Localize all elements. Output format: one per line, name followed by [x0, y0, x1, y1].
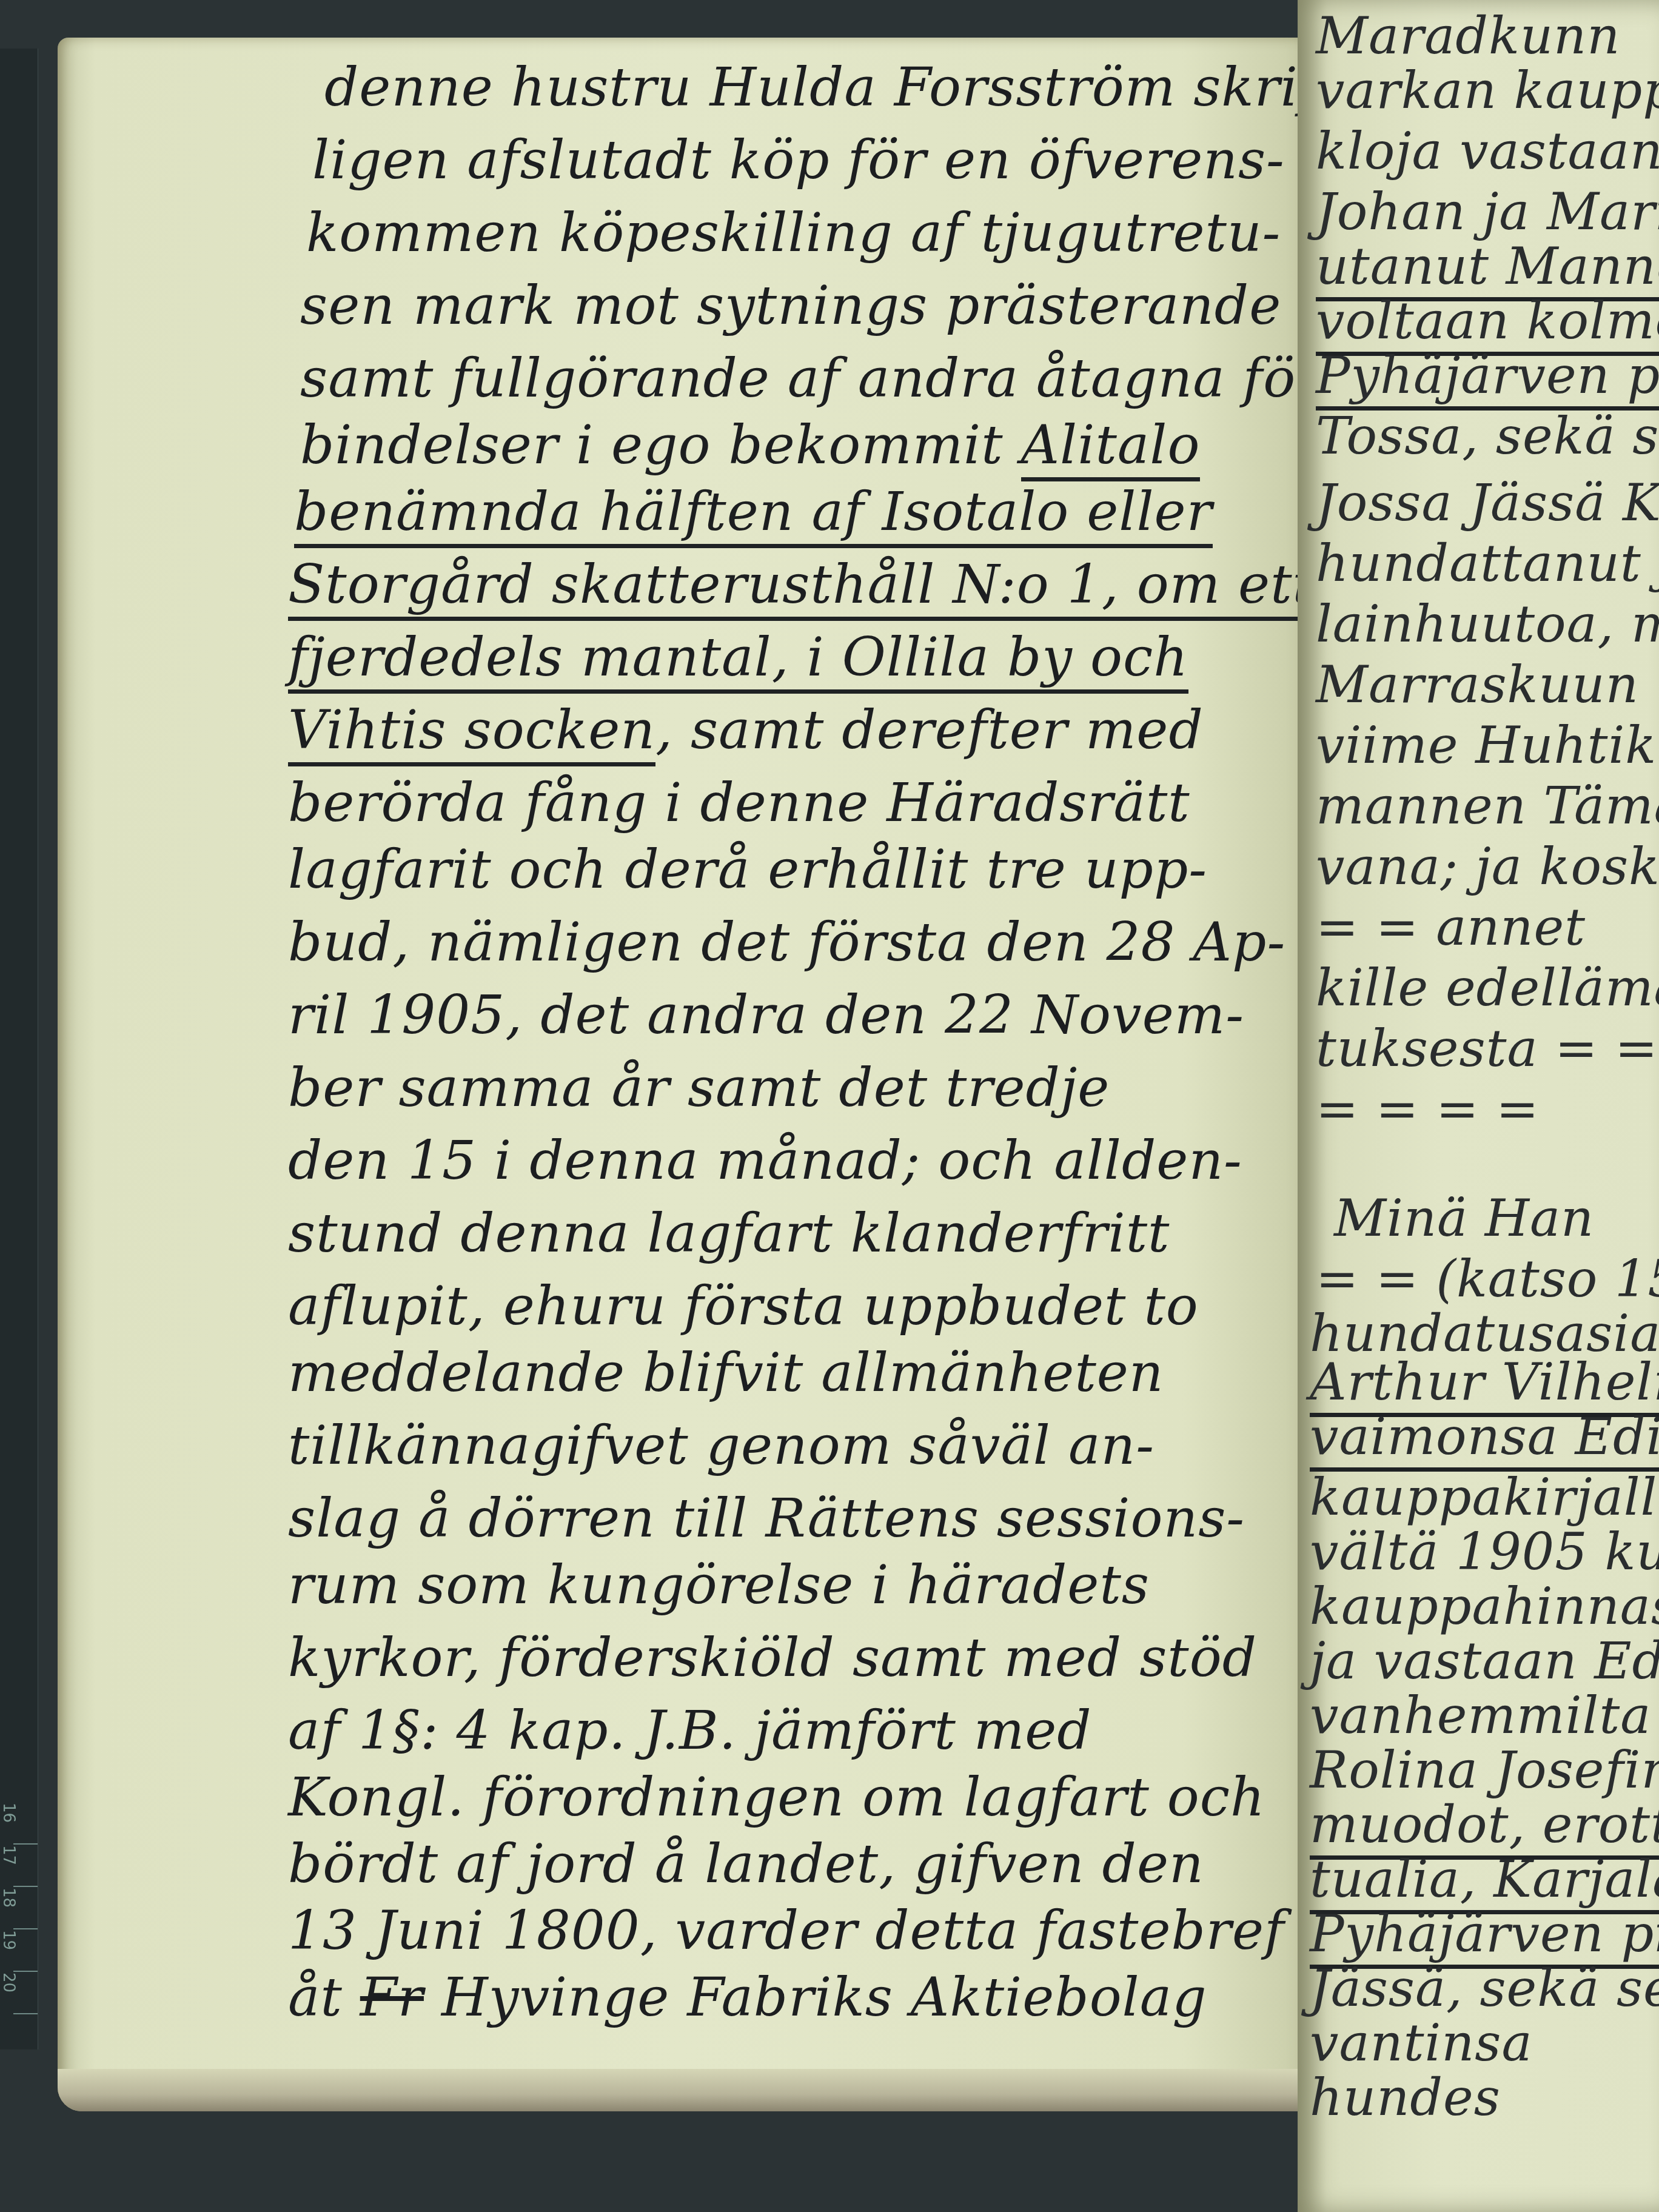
- ruler-tick: [13, 2013, 38, 2014]
- text-line: Tossa, sekä sen: [1316, 406, 1659, 466]
- text-line: = = annet: [1316, 897, 1586, 957]
- ruler-number: 17: [0, 1845, 18, 1860]
- text-line: den 15 i denna månad; och allden-: [288, 1129, 1242, 1191]
- text-line-head: bindelser i ego bekommit: [300, 414, 1021, 476]
- text-line: Jässä, sekä sen: [1310, 1959, 1659, 2018]
- text-line: = = = =: [1316, 1079, 1540, 1139]
- text-line: viime Huhtikuun: [1316, 716, 1659, 775]
- text-line: ril 1905, det andra den 22 Novem-: [288, 984, 1244, 1046]
- text-line: Vihtis socken, samt derefter med: [288, 699, 1204, 761]
- ruler-number: 16: [0, 1803, 18, 1817]
- left-page: denne hustru Hulda Forsström skrift- lig…: [58, 38, 1307, 2111]
- text-line: Jossa Jässä Ki: [1316, 473, 1659, 532]
- ruler-tick: [13, 1886, 38, 1887]
- underlined-text-line: benämnda hälften af Isotalo eller: [294, 480, 1213, 548]
- text-line: Maradkunn: [1316, 6, 1620, 65]
- underlined-text: Alitalo: [1021, 414, 1201, 481]
- ruler-tick: [13, 1928, 38, 1929]
- text-line-prefix: åt: [288, 1966, 343, 2028]
- struck-text: Fr: [360, 1966, 424, 2028]
- text-line: mannen Tämän: [1316, 776, 1659, 836]
- text-line: hundattanut ja: [1316, 534, 1659, 593]
- text-line: tuksesta = = (: [1316, 1019, 1659, 1078]
- text-line: Marraskuun 14 p: [1316, 655, 1659, 714]
- text-line: ja vastaan Edi: [1310, 1631, 1659, 1691]
- text-line: vanhemmilta Ta: [1310, 1686, 1659, 1745]
- text-line: kauppakirjalla: [1310, 1467, 1659, 1527]
- underlined-text-line: Storgård skatterusthåll N:o 1, om ett: [288, 553, 1315, 621]
- text-line: lainhuutoa, mim: [1316, 594, 1659, 654]
- ruler-number: 18: [0, 1888, 18, 1902]
- text-line: berörda fång i denne Häradsrätt: [288, 771, 1190, 834]
- text-line: kauppahinnasta: [1310, 1577, 1659, 1636]
- ruler-tick: [13, 1843, 38, 1845]
- text-line: bud, nämligen det första den 28 Ap-: [288, 911, 1285, 973]
- ruler-number: 20: [0, 1972, 18, 1987]
- text-line: åt Fr Hyvinge Fabriks Aktiebolag: [288, 1966, 1207, 2028]
- text-line: ligen afslutadt köp för en öfverens-: [312, 129, 1285, 191]
- text-line-rest: Hyvinge Fabriks Aktiebolag: [441, 1966, 1207, 2028]
- text-line: vantinsa: [1310, 2013, 1533, 2073]
- right-page: Maradkunn varkan kauppa kloja vastaan se…: [1298, 0, 1659, 2212]
- text-line: varkan kauppa: [1316, 61, 1659, 120]
- underlined-text: Vihtis socken: [288, 699, 655, 766]
- text-line: Johan ja Maria: [1316, 182, 1659, 241]
- text-line: bindelser i ego bekommit Alitalo: [300, 414, 1200, 476]
- underlined-text-line: vaimonsa Edit: [1310, 1407, 1659, 1472]
- text-line: Rolina Josefina: [1310, 1740, 1659, 1800]
- text-line: denne hustru Hulda Forsström skrift-: [324, 56, 1359, 118]
- text-line: kyrkor, förderskiöld samt med stöd: [288, 1626, 1257, 1689]
- text-line: hundes: [1310, 2068, 1501, 2127]
- page-bottom-edge: [58, 2069, 1307, 2111]
- text-line: samt fullgörande af andra åtagna för-: [300, 347, 1341, 409]
- text-line: vältä 1905 kund: [1310, 1522, 1659, 1581]
- text-line-rest: , samt derefter med: [655, 699, 1204, 761]
- text-line: lagfarit och derå erhållit tre upp-: [288, 838, 1207, 900]
- ruler-tick: [13, 1971, 38, 1972]
- text-line: kloja vastaan se: [1316, 121, 1659, 181]
- underlined-text-line: Pyhäjärven pitäjä: [1316, 346, 1659, 411]
- text-line: bördt af jord å landet, gifven den: [288, 1832, 1204, 1895]
- text-line: aflupit, ehuru första uppbudet to: [288, 1275, 1199, 1337]
- text-line: Minä Han: [1334, 1188, 1594, 1248]
- text-line: af 1§: 4 kap. J.B. jämfört med: [288, 1699, 1092, 1761]
- text-line: kommen köpeskilling af tjugutretu-: [306, 201, 1281, 264]
- ruler-number: 19: [0, 1930, 18, 1945]
- text-line: meddelande blifvit allmänheten: [288, 1341, 1164, 1404]
- text-line: Kongl. förordningen om lagfart och: [288, 1766, 1265, 1828]
- text-line: = = (katso 15: [1316, 1249, 1659, 1309]
- text-line: vana; ja kosk: [1316, 837, 1659, 896]
- text-line: tillkännagifvet genom såväl an-: [288, 1414, 1155, 1476]
- text-line: ber samma år samt det tredje: [288, 1056, 1110, 1119]
- text-line: 13 Juni 1800, varder detta fastebref: [288, 1899, 1285, 1962]
- underlined-text-line: fjerdedels mantal, i Ollila by och: [288, 626, 1188, 694]
- text-line: sen mark mot sytnings prästerande: [300, 274, 1281, 337]
- text-line: slag å dörren till Rättens sessions-: [288, 1487, 1245, 1549]
- text-line: rum som kungörelse i häradets: [288, 1553, 1150, 1616]
- text-line: stund denna lagfart klanderfritt: [288, 1202, 1170, 1264]
- text-line: kille edellämai: [1316, 958, 1659, 1017]
- measurement-ruler: 16 17 18 19 20: [0, 49, 38, 2049]
